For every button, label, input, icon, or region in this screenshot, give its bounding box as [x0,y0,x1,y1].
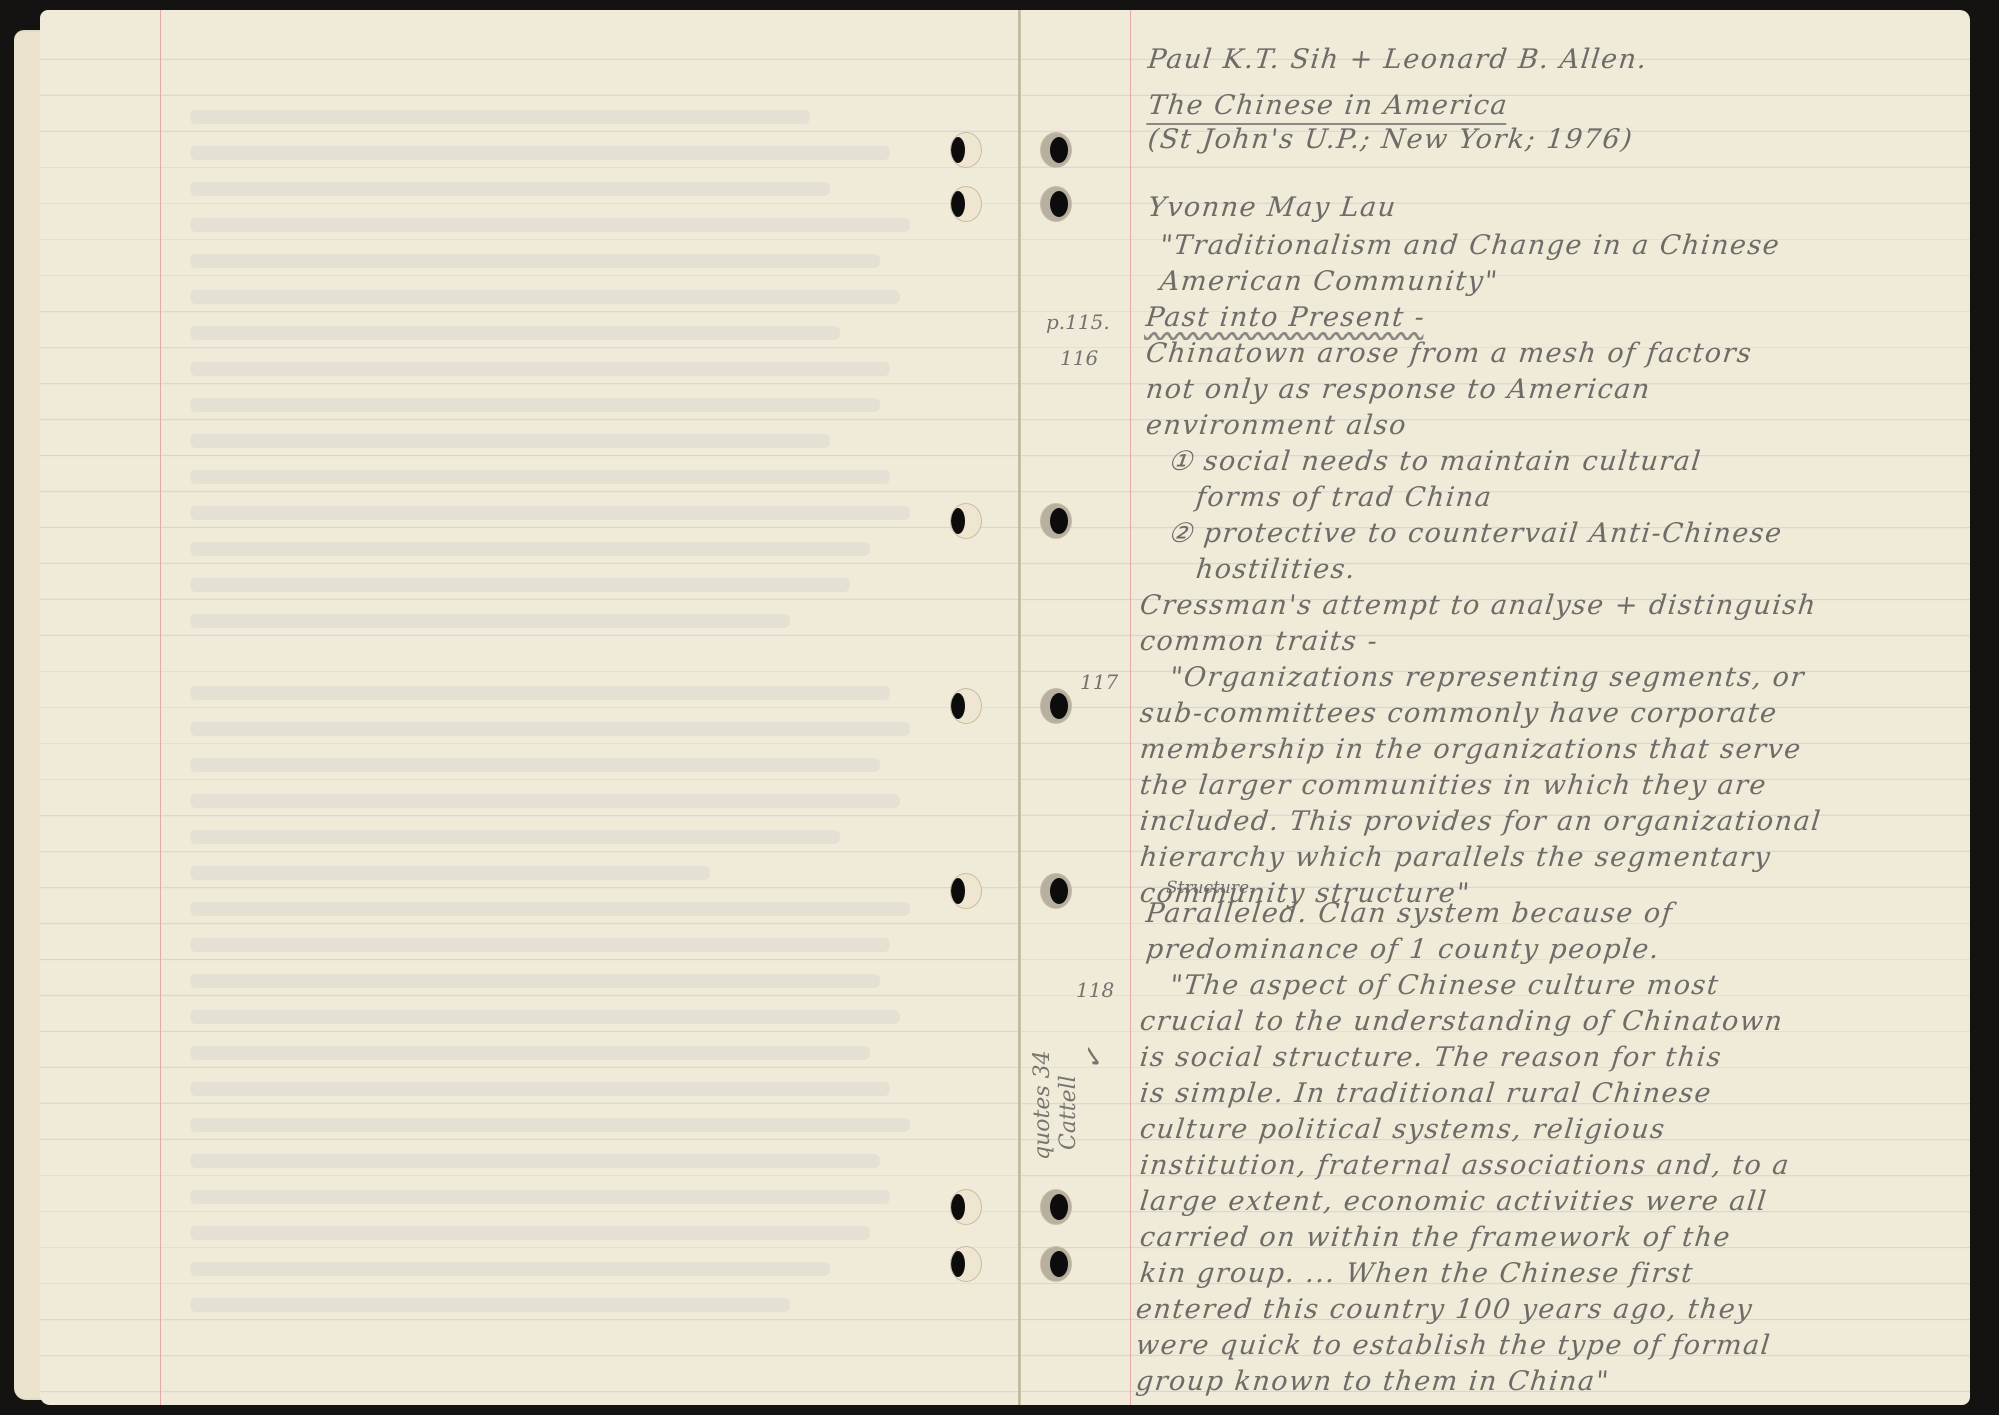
quote-line: is simple. In traditional rural Chinese [1138,1078,1713,1109]
page-ref: 117 [1080,670,1118,694]
show-through-text [190,902,910,916]
margin-note-cattell: Cattell [1056,1075,1081,1150]
quote-line: kin group. ... When the Chinese first [1138,1258,1695,1289]
chapter-title-cont: American Community" [1158,266,1500,297]
notebook-spine [1018,10,1021,1405]
quote-line: large extent, economic activities were a… [1138,1186,1769,1217]
show-through-text [190,938,890,952]
binding-hole-icon [950,186,982,222]
show-through-text [190,110,810,124]
margin-note-quotes: quotes 34 [1030,1050,1055,1160]
binding-hole-icon [1040,1246,1072,1282]
binding-hole-icon [1040,503,1072,539]
quote-line: group known to them in China" [1134,1366,1611,1397]
show-through-text [190,146,890,160]
note-line: common traits - [1138,626,1379,657]
quote-line: membership in the organizations that ser… [1138,734,1803,765]
show-through-text [190,506,910,520]
quote-line: entered this country 100 years ago, they [1134,1294,1754,1325]
show-through-text [190,1190,890,1204]
show-through-text [190,398,880,412]
show-through-text [190,578,850,592]
binding-hole-icon [950,873,982,909]
binding-hole-icon [1040,186,1072,222]
page-ref: p.115. [1046,310,1110,334]
binding-hole-icon [1040,688,1072,724]
note-list-item: ① social needs to maintain cultural [1166,446,1703,477]
binding-hole-icon [950,503,982,539]
show-through-text [190,1118,910,1132]
show-through-text [190,182,830,196]
note-list-item-cont: forms of trad China [1194,482,1494,513]
publication-info: (St John's U.P.; New York; 1976) [1146,124,1634,155]
left-page [40,10,1020,1405]
quote-line: "Organizations representing segments, or [1168,662,1806,693]
show-through-text [190,218,910,232]
show-through-text [190,1010,900,1024]
note-list-item-cont: hostilities. [1194,554,1357,585]
show-through-text [190,254,880,268]
show-through-text [190,974,880,988]
note-line: Cressman's attempt to analyse + distingu… [1138,590,1818,621]
show-through-text [190,1226,870,1240]
show-through-text [190,1046,870,1060]
show-through-text [190,758,880,772]
binding-hole-icon [950,1189,982,1225]
note-list-item: ② protective to countervail Anti-Chinese [1166,518,1784,549]
citation-authors: Paul K.T. Sih + Leonard B. Allen. [1146,44,1649,75]
binding-hole-icon [1040,132,1072,168]
show-through-text [190,866,710,880]
page-ref: 116 [1060,346,1098,370]
binding-hole-icon [1040,1189,1072,1225]
quote-line: culture political systems, religious [1138,1114,1667,1145]
show-through-text [190,326,840,340]
book-title: The Chinese in America [1146,90,1510,125]
show-through-text [190,362,890,376]
note-line: environment also [1144,410,1408,441]
show-through-text [190,794,900,808]
show-through-text [190,470,890,484]
inserted-word: Structure. [1166,878,1254,898]
chapter-title: "Traditionalism and Change in a Chinese [1158,230,1782,261]
right-margin-rule [1130,10,1131,1405]
chapter-author: Yvonne May Lau [1146,192,1398,223]
binding-hole-icon [950,688,982,724]
show-through-text [190,290,900,304]
note-line: Chinatown arose from a mesh of factors [1144,338,1754,369]
quote-line: the larger communities in which they are [1138,770,1768,801]
quote-line: hierarchy which parallels the segmentary [1138,842,1772,873]
show-through-text [190,722,910,736]
show-through-text [190,542,870,556]
quote-line: included. This provides for an organizat… [1138,806,1823,837]
note-line: not only as response to American [1144,374,1652,405]
quote-line: institution, fraternal associations and,… [1138,1150,1791,1181]
quote-line: sub-committees commonly have corporate [1138,698,1779,729]
show-through-text [190,686,890,700]
note-line: predominance of 1 county people. [1144,934,1661,965]
show-through-text [190,614,790,628]
note-line: Paralleled. Clan system because of [1144,898,1675,929]
show-through-text [190,1262,830,1276]
show-through-text [190,1154,880,1168]
binding-hole-icon [1040,873,1072,909]
page-ref: 118 [1076,978,1114,1002]
quote-line: carried on within the framework of the [1138,1222,1732,1253]
show-through-text [190,434,830,448]
quote-line: is social structure. The reason for this [1138,1042,1723,1073]
binding-hole-icon [950,1246,982,1282]
show-through-text [190,830,840,844]
binding-hole-icon [950,132,982,168]
left-margin-rule [160,10,161,1405]
quote-line: crucial to the understanding of Chinatow… [1138,1006,1785,1037]
quote-line: "The aspect of Chinese culture most [1168,970,1721,1001]
quote-line: were quick to establish the type of form… [1134,1330,1772,1361]
section-heading: Past into Present - [1144,302,1427,333]
show-through-text [190,1082,890,1096]
show-through-text [190,1298,790,1312]
